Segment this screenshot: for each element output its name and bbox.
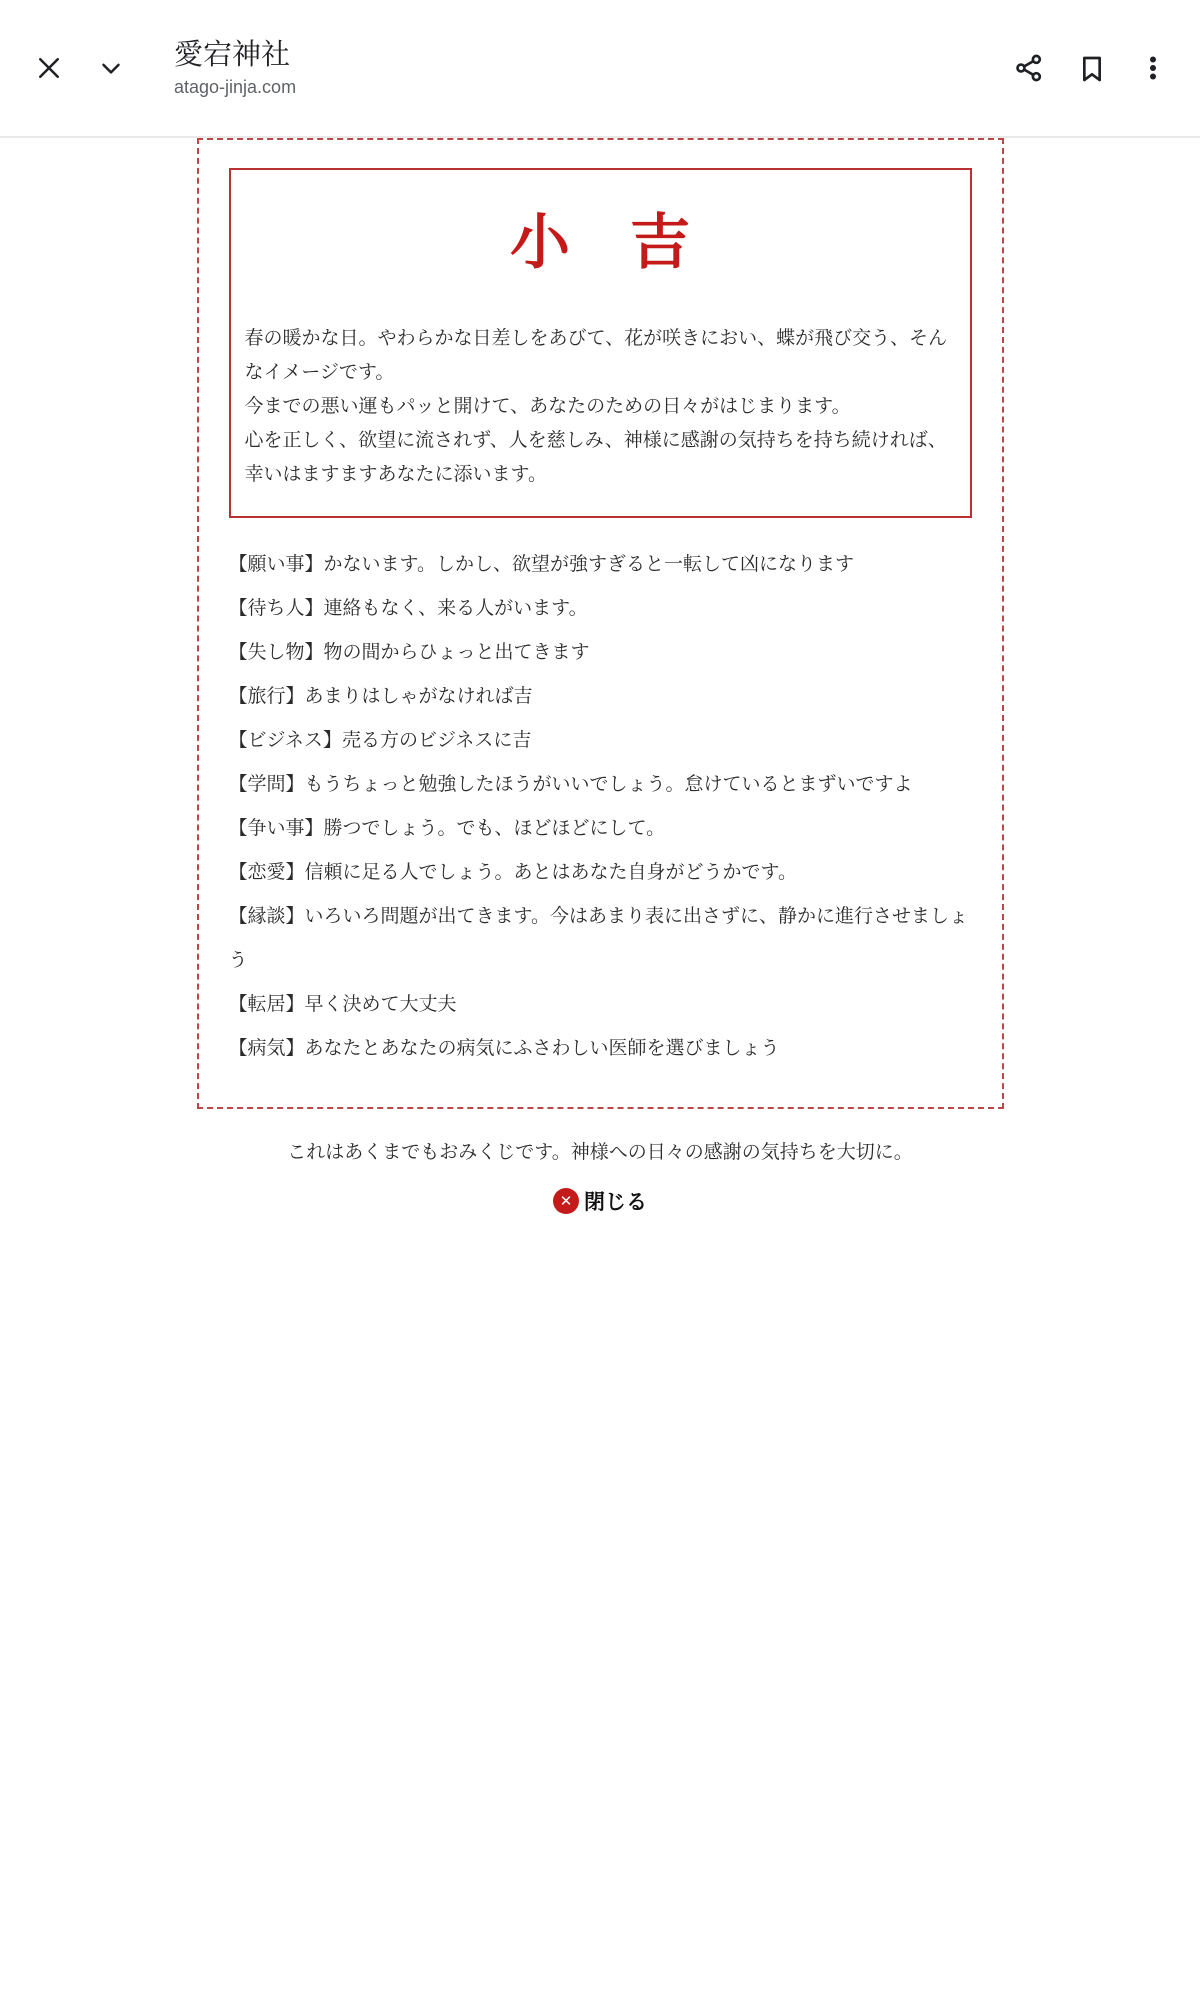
omikuji-result-box: 小 吉 春の暖かな日。やわらかな日差しをあびて、花が咲きにおい、蝶が飛び交う、そ… xyxy=(229,168,972,518)
share-button[interactable] xyxy=(1012,51,1046,85)
fortune-grade: 小 吉 xyxy=(245,210,956,276)
fortune-item-text: 物の間からひょっと出てきます xyxy=(324,642,590,663)
page-title: 愛宕神社 xyxy=(174,37,296,73)
close-tab-button[interactable] xyxy=(32,51,66,85)
fortune-description: 春の暖かな日。やわらかな日差しをあびて、花が咲きにおい、蝶が飛び交う、そんなイメ… xyxy=(245,322,956,492)
fortune-item-label: 【学問】 xyxy=(229,774,305,795)
fortune-item-byouki: 【病気】あなたとあなたの病気にふさわしい医師を選びましょう xyxy=(229,1027,972,1071)
fortune-item-label: 【転居】 xyxy=(229,994,305,1015)
share-icon xyxy=(1013,52,1045,84)
fortune-item-machibito: 【待ち人】連絡もなく、来る人がいます。 xyxy=(229,587,972,631)
fortune-item-text: あなたとあなたの病気にふさわしい医師を選びましょう xyxy=(305,1038,780,1059)
fortune-item-negaigoto: 【願い事】かないます。しかし、欲望が強すぎると一転して凶になります xyxy=(229,543,972,587)
fortune-item-label: 【待ち人】 xyxy=(229,598,324,619)
omikuji-outer-box: 小 吉 春の暖かな日。やわらかな日差しをあびて、花が咲きにおい、蝶が飛び交う、そ… xyxy=(197,138,1004,1109)
fortune-description-line: 心を正しく、欲望に流されず、人を慈しみ、神様に感謝の気持ちを持ち続ければ、幸いは… xyxy=(245,424,956,492)
close-result-link[interactable]: ✕ 閉じる xyxy=(0,1186,1200,1216)
toolbar-actions xyxy=(1012,51,1170,85)
fortune-item-text: もうちょっと勉強したほうがいいでしょう。怠けているとまずいですよ xyxy=(305,774,913,795)
close-icon xyxy=(34,53,64,83)
fortune-item-text: いろいろ問題が出てきます。今はあまり表に出さずに、静かに進行させましょう xyxy=(229,906,969,971)
fortune-item-endan: 【縁談】いろいろ問題が出てきます。今はあまり表に出さずに、静かに進行させましょう xyxy=(229,895,972,983)
fortune-item-gakumon: 【学問】もうちょっと勉強したほうがいいでしょう。怠けているとまずいですよ xyxy=(229,763,972,807)
bookmark-icon xyxy=(1075,52,1107,84)
fortune-item-text: 勝つでしょう。でも、ほどほどにして。 xyxy=(324,818,666,839)
fortune-item-arasoigoto: 【争い事】勝つでしょう。でも、ほどほどにして。 xyxy=(229,807,972,851)
close-result-label: 閉じる xyxy=(584,1186,647,1216)
fortune-item-text: あまりはしゃがなければ吉 xyxy=(305,686,533,707)
close-x-circle-icon: ✕ xyxy=(553,1188,579,1214)
fortune-item-text: かないます。しかし、欲望が強すぎると一転して凶になります xyxy=(324,554,854,575)
fortune-description-line: 今までの悪い運もパッと開けて、あなたのための日々がはじまります。 xyxy=(245,390,956,424)
omikuji-disclaimer: これはあくまでもおみくじです。神様への日々の感謝の気持ちを大切に。 xyxy=(0,1139,1200,1167)
expand-button[interactable] xyxy=(94,51,128,85)
chevron-down-icon xyxy=(96,53,126,83)
fortune-item-label: 【ビジネス】 xyxy=(229,730,342,751)
fortune-item-usemono: 【失し物】物の間からひょっと出てきます xyxy=(229,631,972,675)
overflow-menu-button[interactable] xyxy=(1136,51,1170,85)
fortune-item-renai: 【恋愛】信頼に足る人でしょう。あとはあなた自身がどうかです。 xyxy=(229,851,972,895)
page-content: 小 吉 春の暖かな日。やわらかな日差しをあびて、花が咲きにおい、蝶が飛び交う、そ… xyxy=(0,138,1200,1216)
browser-toolbar: 愛宕神社 atago-jinja.com xyxy=(0,0,1200,138)
fortune-item-text: 信頼に足る人でしょう。あとはあなた自身がどうかです。 xyxy=(305,862,797,883)
fortune-item-text: 売る方のビジネスに吉 xyxy=(342,730,531,751)
fortune-item-label: 【願い事】 xyxy=(229,554,324,575)
fortune-item-text: 早く決めて大丈夫 xyxy=(305,994,457,1015)
fortune-item-tenkyo: 【転居】早く決めて大丈夫 xyxy=(229,983,972,1027)
page-url: atago-jinja.com xyxy=(174,75,296,99)
kebab-menu-icon xyxy=(1138,53,1168,83)
bookmark-button[interactable] xyxy=(1074,51,1108,85)
fortune-item-ryokou: 【旅行】あまりはしゃがなければ吉 xyxy=(229,675,972,719)
fortune-item-label: 【縁談】 xyxy=(229,906,305,927)
fortune-description-line: 春の暖かな日。やわらかな日差しをあびて、花が咲きにおい、蝶が飛び交う、そんなイメ… xyxy=(245,322,956,390)
fortune-item-business: 【ビジネス】売る方のビジネスに吉 xyxy=(229,719,972,763)
fortune-item-label: 【争い事】 xyxy=(229,818,324,839)
fortune-item-text: 連絡もなく、来る人がいます。 xyxy=(324,598,588,619)
fortune-item-label: 【恋愛】 xyxy=(229,862,305,883)
fortune-item-label: 【旅行】 xyxy=(229,686,305,707)
page-title-block: 愛宕神社 atago-jinja.com xyxy=(174,37,296,99)
fortune-item-label: 【病気】 xyxy=(229,1038,305,1059)
fortune-item-label: 【失し物】 xyxy=(229,642,324,663)
fortune-category-list: 【願い事】かないます。しかし、欲望が強すぎると一転して凶になります 【待ち人】連… xyxy=(229,543,972,1071)
